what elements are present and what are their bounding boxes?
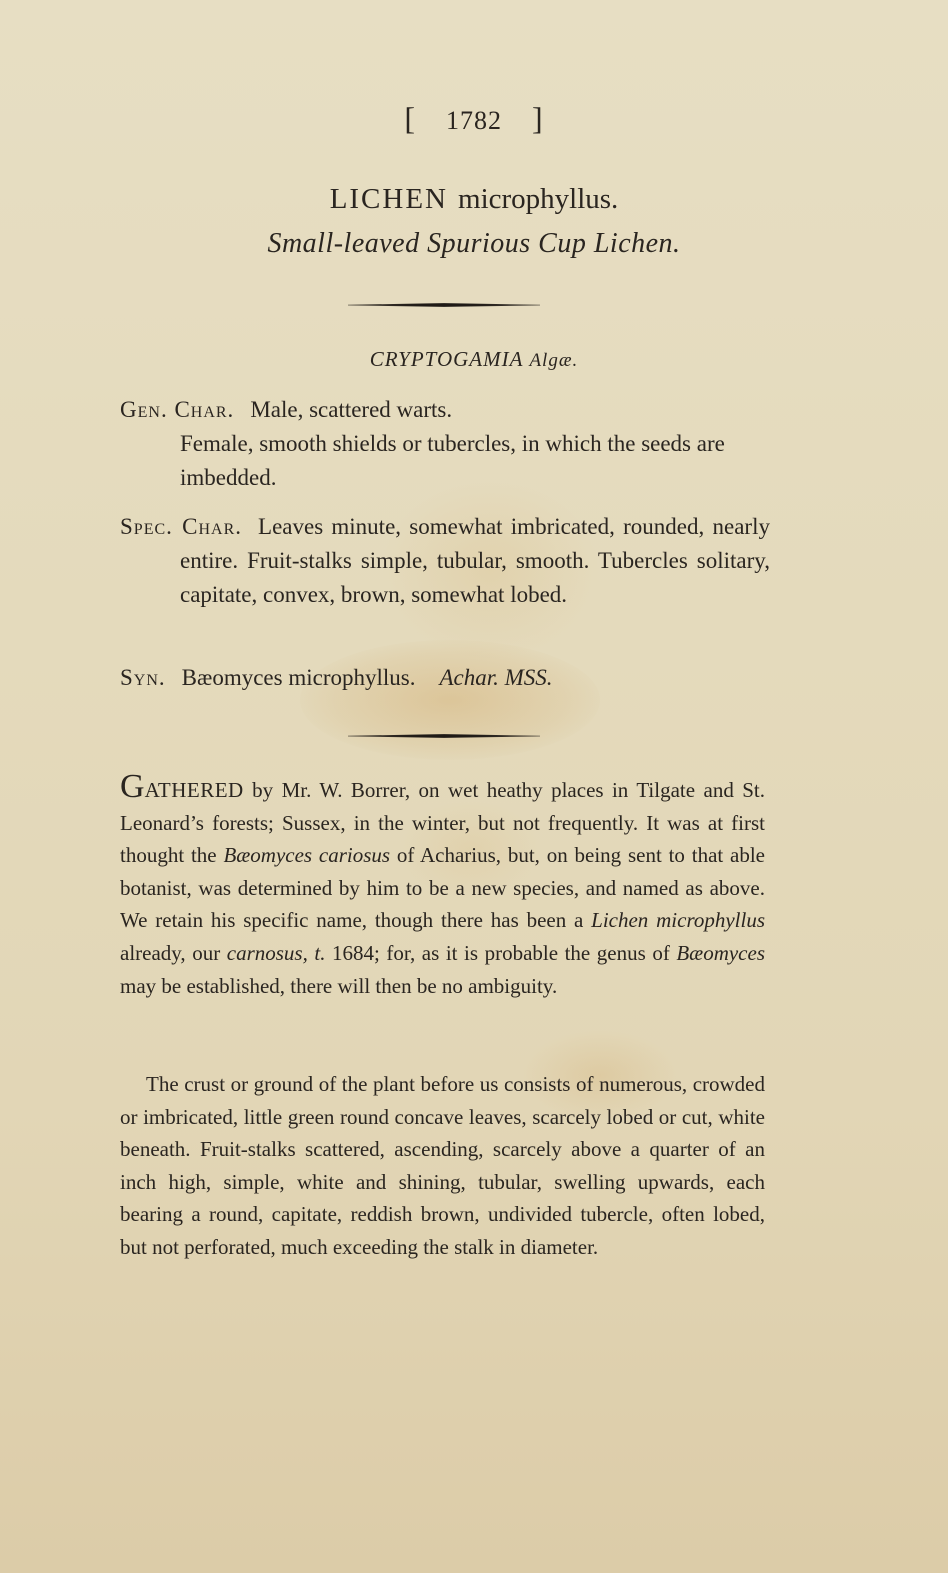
syn-name: Bæomyces microphyllus. [182,665,416,690]
gen-char-label: Gen. Char. [120,397,234,422]
lead-word: ATHERED [145,778,244,802]
paragraph-text: The crust or ground of the plant before … [120,1068,765,1264]
foxing-stain [300,640,600,760]
text-run: 1684; for, as it is probable the genus o… [325,941,676,965]
italic-taxon: Bæomyces [676,941,765,965]
ornamental-rule [348,734,540,738]
spec-char-label: Spec. Char. [120,514,242,539]
synonymy: Syn.Bæomyces microphyllus.Achar. MSS. [120,661,770,695]
title-genus: LICHEN [330,183,448,215]
spec-char-text: Leaves minute, somewhat imbricated, roun… [180,514,770,607]
syn-label: Syn. [120,665,166,690]
specific-character: Spec. Char.Leaves minute, somewhat imbri… [120,510,770,612]
class-name: CRYPTOGAMIA [370,347,524,371]
italic-taxon: Bæomyces cariosus [223,843,390,867]
page-title: LICHENmicrophyllus. [0,183,948,216]
syn-authority: Achar. MSS. [439,665,552,690]
drop-cap: G [120,768,145,805]
description-paragraph-1: GATHERED by Mr. W. Borrer, on wet heathy… [120,774,765,1002]
gen-char-female: Female, smooth shields or tubercles, in … [120,427,770,495]
text-run: may be established, there will then be n… [120,974,557,998]
italic-reference: carnosus, t. [227,941,326,965]
generic-character: Gen. Char.Male, scattered warts. Female,… [120,393,770,495]
bracket-open: [ [404,100,416,137]
order-name: Algæ. [529,350,578,371]
classification: CRYPTOGAMIAAlgæ. [0,347,948,372]
description-paragraph-2: The crust or ground of the plant before … [120,1068,765,1264]
gen-char-male: Male, scattered warts. [250,397,452,422]
ornamental-rule [348,303,540,307]
text-run: already, our [120,941,227,965]
bracket-close: ] [532,100,544,137]
common-name: Small-leaved Spurious Cup Lichen. [0,228,948,260]
italic-taxon: Lichen microphyllus [591,908,765,932]
plate-number: [1782] [0,100,948,137]
title-species: microphyllus. [458,183,618,215]
plate-number-value: 1782 [446,106,502,136]
book-page: [1782] LICHENmicrophyllus. Small-leaved … [0,0,948,1573]
